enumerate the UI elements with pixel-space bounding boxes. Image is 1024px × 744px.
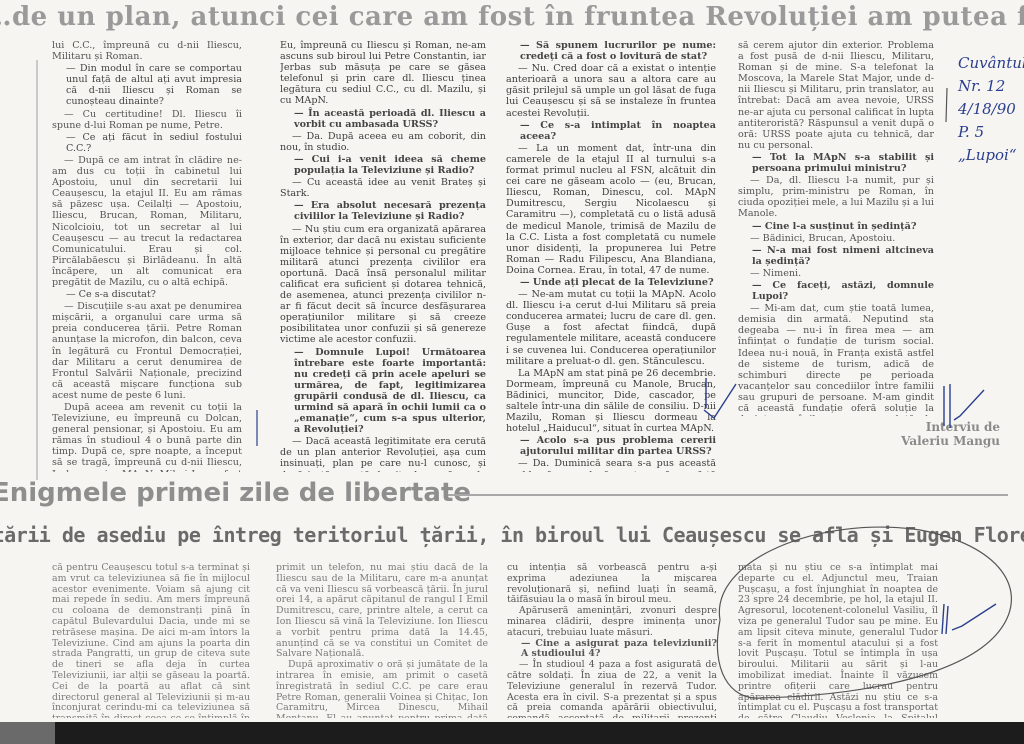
paragraph: — Ne-am mutat cu toții la MApN. Acolo dl… bbox=[506, 289, 716, 367]
pen-checkmark-icon bbox=[700, 370, 740, 430]
interview-question: — În această perioadă dl. Iliescu a vorb… bbox=[280, 108, 486, 130]
note-date: 4/18/90 bbox=[958, 98, 1024, 121]
paragraph: — Da. Duminică seara s-a pus această pro… bbox=[506, 458, 716, 472]
paragraph: Eu, împreună cu Iliescu și Roman, ne-am … bbox=[280, 40, 486, 107]
pen-checkmark-icon bbox=[940, 600, 1000, 640]
paragraph: — Bădinici, Brucan, Apostoiu. bbox=[738, 233, 934, 244]
paragraph: — La un moment dat, într-una din camerel… bbox=[506, 143, 716, 276]
interview-question: — Să spunem lucrurilor pe nume: credeți … bbox=[506, 40, 716, 62]
second-article-column-2: primit un telefon, nu mai știu dacă de l… bbox=[276, 563, 488, 718]
pen-margin-line-icon bbox=[943, 86, 951, 126]
paragraph: că pentru Ceaușescu totul s-a terminat ș… bbox=[52, 563, 250, 718]
newspaper-clipping: „…de un plan, atunci cei care am fost în… bbox=[0, 0, 1024, 722]
article-headline: „…de un plan, atunci cei care am fost în… bbox=[0, 0, 1024, 34]
pen-margin-line-icon bbox=[253, 408, 261, 448]
section-title-text: Enigmele primei zile de libertate bbox=[0, 478, 471, 508]
paragraph: Apăruseră amenințări, zvonuri despre min… bbox=[507, 606, 717, 638]
scanner-bottom-edge bbox=[0, 722, 1024, 744]
interview-question: — Acolo s-a pus problema cererii ajutoru… bbox=[506, 435, 716, 457]
scan-streak bbox=[36, 60, 38, 480]
paragraph: primit un telefon, nu mai știu dacă de l… bbox=[276, 563, 488, 660]
paragraph: — Cu certitudine! Dl. Iliescu îi spune d… bbox=[52, 109, 242, 131]
paragraph: — În studioul 4 paza a fost asigurată de… bbox=[507, 660, 717, 718]
interview-question: — Cine l-a susținut în ședință? bbox=[738, 221, 934, 232]
paragraph: — Nimeni. bbox=[738, 268, 934, 279]
pen-checkmark-icon bbox=[940, 380, 990, 440]
paragraph: — Discuțiile s-au axat pe denumirea mișc… bbox=[52, 301, 242, 401]
interview-question: — Din modul în care se comportau unul fa… bbox=[52, 63, 242, 107]
section-divider bbox=[448, 494, 1008, 496]
note-issue: Nr. 12 bbox=[958, 75, 1024, 98]
paragraph: — Nu știu cum era organizată apărarea în… bbox=[280, 224, 486, 346]
section-title: Enigmele primei zile de libertate bbox=[0, 478, 471, 508]
scanner-edge-light bbox=[0, 722, 55, 744]
article-column-2: Eu, împreună cu Iliescu și Roman, ne-am … bbox=[280, 40, 486, 472]
interview-question: — Ce s-a discutat? bbox=[52, 289, 242, 300]
paragraph: La MApN am stat pină pe 26 decembrie. Do… bbox=[506, 368, 716, 435]
interview-question: — N-a mai fost nimeni altcineva la ședin… bbox=[738, 245, 934, 267]
note-subject: „Lupoi“ bbox=[958, 144, 1024, 167]
interview-question: — Ce ați făcut în sediul fostului C.C.? bbox=[52, 132, 242, 154]
article-column-3: — Să spunem lucrurilor pe nume: credeți … bbox=[506, 40, 716, 472]
article-column-4: să cerem ajutor din exterior. Problema a… bbox=[738, 40, 934, 416]
second-article-column-3: cu intenția să vorbească pentru a-și exp… bbox=[507, 563, 717, 718]
paragraph: — După ce am intrat în clădire ne-am dus… bbox=[52, 155, 242, 288]
interview-question: — Cine a asigurat paza televiziunii? A s… bbox=[507, 639, 717, 661]
interview-question: — Tot la MApN s-a stabilit și persoana p… bbox=[738, 152, 934, 174]
paragraph: După aceea am revenit cu toții la Televi… bbox=[52, 402, 242, 472]
paragraph: — Mi-am dat, cum știe toată lumea, demis… bbox=[738, 303, 934, 416]
paragraph: cu intenția să vorbească pentru a-și exp… bbox=[507, 563, 717, 606]
interview-question: — Ce faceți, astăzi, domnule Lupoi? bbox=[738, 280, 934, 302]
handwritten-citation-note: Cuvântul Nr. 12 4/18/90 P. 5 „Lupoi“ bbox=[958, 52, 1024, 167]
interview-question: — Cui i-a venit ideea să cheme populația… bbox=[280, 154, 486, 176]
note-page: P. 5 bbox=[958, 121, 1024, 144]
paragraph: — Nu. Cred doar că a existat o intenție … bbox=[506, 63, 716, 118]
headline-text: „…de un plan, atunci cei care am fost în… bbox=[0, 0, 1024, 34]
paragraph: să cerem ajutor din exterior. Problema a… bbox=[738, 40, 934, 151]
paragraph: lui C.C., împreună cu d-nii Iliescu, Mil… bbox=[52, 40, 242, 62]
interview-question: — Era absolut necesară prezența civililo… bbox=[280, 200, 486, 222]
article-column-1: lui C.C., împreună cu d-nii Iliescu, Mil… bbox=[52, 40, 242, 472]
paragraph: — Da, dl. Iliescu l-a numit, pur și simp… bbox=[738, 175, 934, 219]
interview-question: — Domnule Lupoi! Următoarea întrebare es… bbox=[280, 347, 486, 436]
second-article-column-1: că pentru Ceaușescu totul s-a terminat ș… bbox=[52, 563, 250, 718]
interview-question: — Unde ați plecat de la Televiziune? bbox=[506, 277, 716, 288]
paragraph: — Dacă această legitimitate era cerută d… bbox=[280, 436, 486, 472]
paragraph: După aproximativ o oră și jumătate de la… bbox=[276, 660, 488, 718]
paragraph: — Cu această idee au venit Brateș și Sta… bbox=[280, 177, 486, 199]
paragraph: — Da. După aceea eu am coborit, din nou,… bbox=[280, 131, 486, 153]
interview-question: — Ce s-a intimplat în noaptea aceea? bbox=[506, 120, 716, 142]
note-publication: Cuvântul bbox=[958, 52, 1024, 75]
